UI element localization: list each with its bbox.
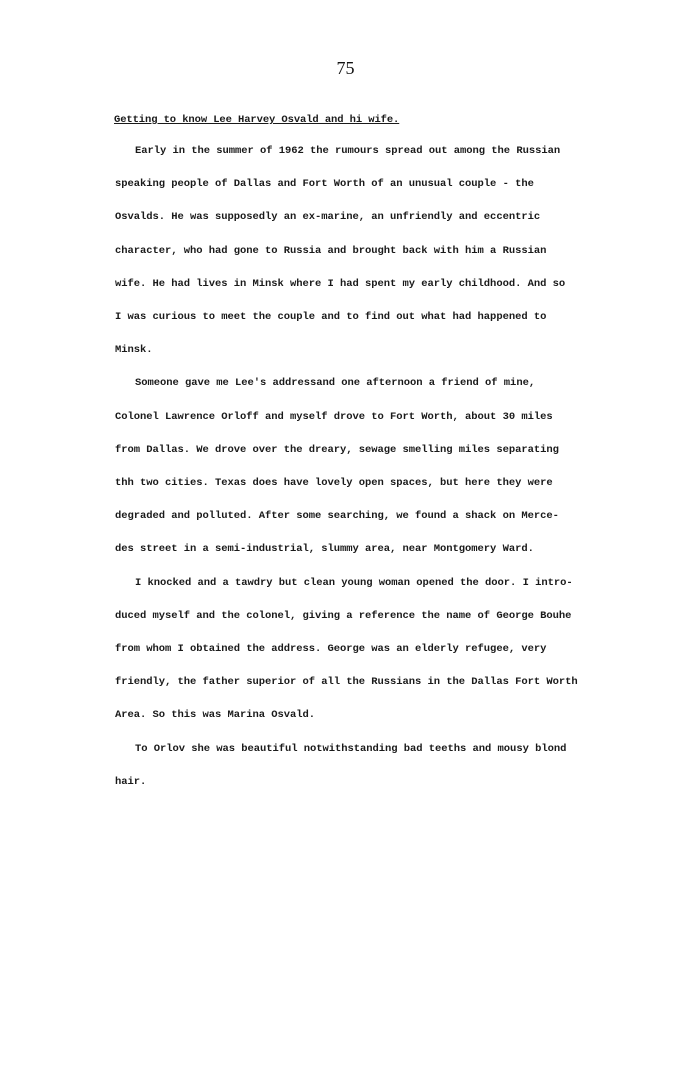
text-line: I was curious to meet the couple and to … — [115, 311, 546, 323]
text-line: friendly, the father superior of all the… — [115, 676, 578, 688]
text-line: Area. So this was Marina Osvald. — [115, 709, 315, 721]
text-line: To Orlov she was beautiful notwithstandi… — [135, 743, 566, 755]
text-line: from Dallas. We drove over the dreary, s… — [115, 444, 559, 456]
text-line: thh two cities. Texas does have lovely o… — [115, 477, 553, 489]
text-line: Osvalds. He was supposedly an ex-marine,… — [115, 211, 540, 223]
text-line: wife. He had lives in Minsk where I had … — [115, 278, 565, 290]
text-line: degraded and polluted. After some search… — [115, 510, 559, 522]
text-line: Someone gave me Lee's addressand one aft… — [135, 377, 535, 389]
section-heading: Getting to know Lee Harvey Osvald and hi… — [114, 114, 399, 126]
text-line: Minsk. — [115, 344, 153, 356]
text-line: duced myself and the colonel, giving a r… — [115, 610, 571, 622]
text-line: speaking people of Dallas and Fort Worth… — [115, 178, 534, 190]
text-line: hair. — [115, 776, 146, 788]
text-line: Early in the summer of 1962 the rumours … — [135, 145, 560, 157]
text-line: from whom I obtained the address. George… — [115, 643, 546, 655]
text-line: Colonel Lawrence Orloff and myself drove… — [115, 411, 553, 423]
text-line: des street in a semi-industrial, slummy … — [115, 543, 534, 555]
text-line: character, who had gone to Russia and br… — [115, 245, 546, 257]
text-line: I knocked and a tawdry but clean young w… — [135, 577, 573, 589]
page-number: 75 — [0, 58, 691, 79]
